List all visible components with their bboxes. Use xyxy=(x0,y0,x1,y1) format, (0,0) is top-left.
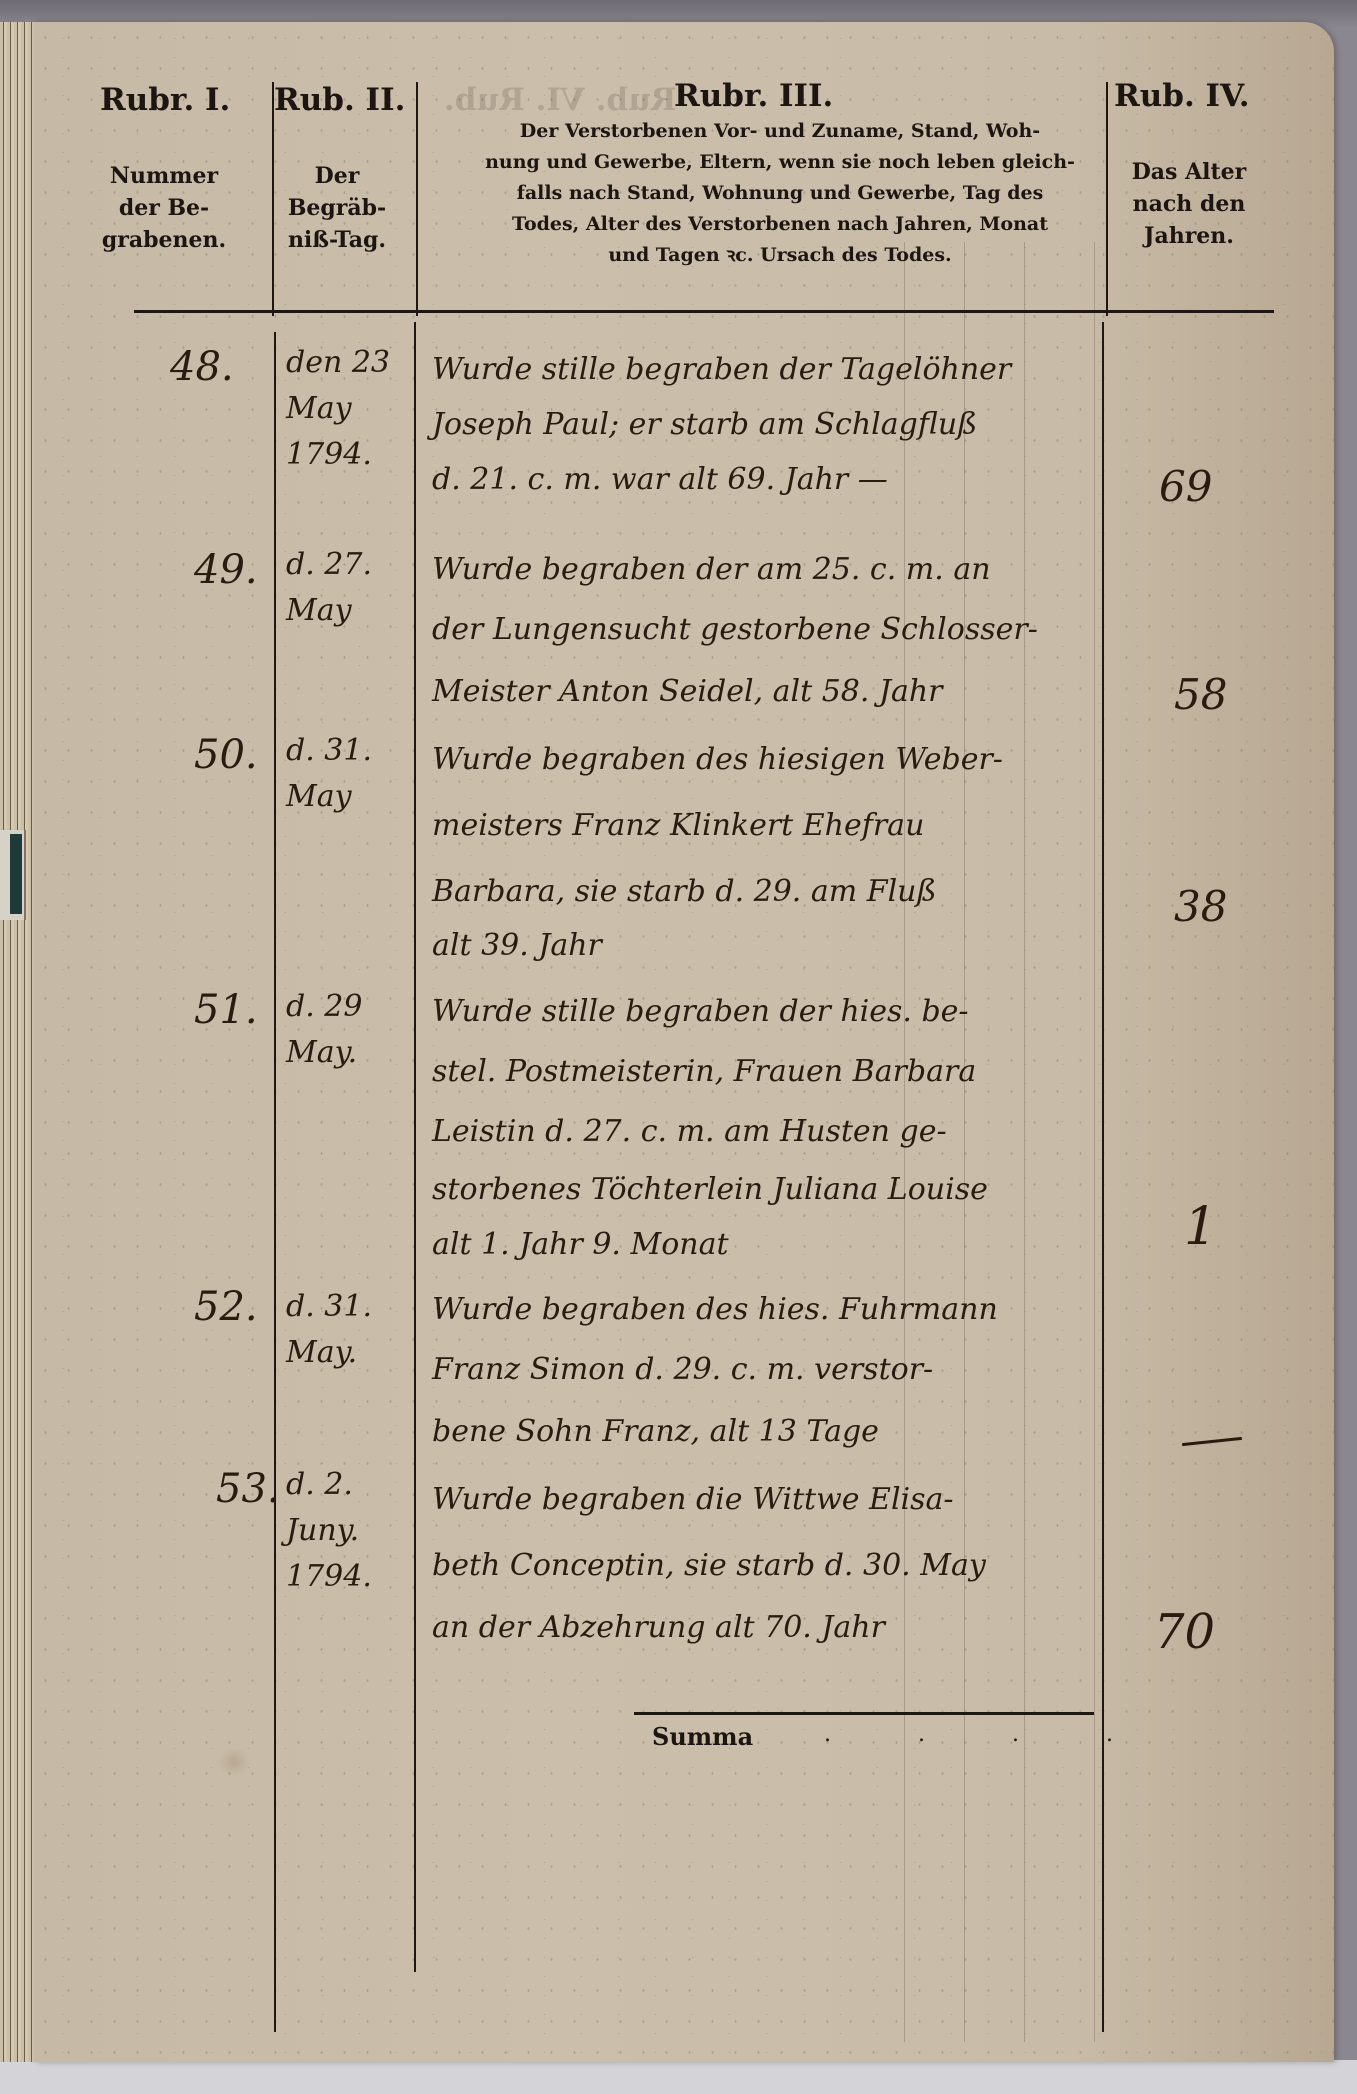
rubric-4-subtitle: Das Alter nach den Jahren. xyxy=(1114,156,1264,252)
entry-text-line: der Lungensucht gestorbene Schlosser- xyxy=(432,612,1038,647)
entry-text-line: alt 39. Jahr xyxy=(432,928,602,963)
entry-text-line: Joseph Paul; er starb am Schlagfluß xyxy=(432,407,977,442)
rubric-3-subtitle: Der Verstorbenen Vor- und Zuname, Stand,… xyxy=(420,116,1140,271)
entry-number: 50. xyxy=(194,732,258,778)
rubric-2-title: Rub. II. xyxy=(274,82,405,118)
subtitle-line: nach den xyxy=(1114,188,1264,220)
entry-text-line: Franz Simon d. 29. c. m. verstor- xyxy=(432,1352,933,1387)
date-line: May xyxy=(286,588,372,634)
entry-number: 51. xyxy=(194,987,258,1033)
date-line: d. 31. xyxy=(286,728,372,774)
entry-date: d. 31. May. xyxy=(286,1284,372,1376)
entry-text-line: Wurde begraben des hiesigen Weber- xyxy=(432,742,1003,777)
entry-text-line: Wurde stille begraben der hies. be- xyxy=(432,994,969,1029)
rubric-2-subtitle: Der Begräb- niß-Tag. xyxy=(272,160,402,256)
date-line: d. 31. xyxy=(286,1284,372,1330)
entry-text-line: Wurde stille begraben der Tagelöhner xyxy=(432,352,1011,387)
entry-age: 1 xyxy=(1184,1197,1217,1257)
subtitle-line: Jahren. xyxy=(1114,220,1264,252)
entry-age: 69 xyxy=(1159,462,1212,511)
column-divider xyxy=(1106,82,1108,316)
header-rule xyxy=(134,310,1274,313)
entry-age: 38 xyxy=(1174,882,1227,931)
subtitle-line: der Be- xyxy=(94,192,234,224)
register-page: Rub. VI. Rub. Rubr. I. Rub. II. Rubr. II… xyxy=(34,22,1334,2062)
subtitle-line: und Tagen ꝛc. Ursach des Todes. xyxy=(420,240,1140,271)
column-divider xyxy=(1102,322,1104,2032)
entry-text-line: Wurde begraben der am 25. c. m. an xyxy=(432,552,991,587)
entry-text-line: beth Conceptin, sie starb d. 30. May xyxy=(432,1548,986,1583)
entry-date: den 23 May 1794. xyxy=(286,340,390,478)
subtitle-line: Begräb- xyxy=(272,192,402,224)
subtitle-line: niß-Tag. xyxy=(272,224,402,256)
column-divider xyxy=(416,82,418,316)
date-line: d. 29 xyxy=(286,984,362,1030)
entry-text-line: Barbara, sie starb d. 29. am Fluß xyxy=(432,874,937,909)
subtitle-line: Das Alter xyxy=(1114,156,1264,188)
entry-date: d. 29 May. xyxy=(286,984,362,1076)
book-page-edges xyxy=(0,22,34,2062)
column-divider xyxy=(272,82,274,316)
subtitle-line: falls nach Stand, Wohnung und Gewerbe, T… xyxy=(420,178,1140,209)
date-line: May. xyxy=(286,1030,362,1076)
date-line: May. xyxy=(286,1330,372,1376)
entry-age: 58 xyxy=(1174,670,1227,719)
summa-label: Summa xyxy=(652,1722,753,1751)
rubric-1-title: Rubr. I. xyxy=(100,82,230,118)
entry-date: d. 31. May xyxy=(286,728,372,820)
entry-text-line: Meister Anton Seidel, alt 58. Jahr xyxy=(432,674,943,709)
subtitle-line: Der xyxy=(272,160,402,192)
entry-text-line: stel. Postmeisterin, Frauen Barbara xyxy=(432,1054,976,1089)
scan-background-bottom xyxy=(0,2060,1357,2094)
bleed-through-text: Rub. VI. Rub. xyxy=(444,82,676,118)
rubric-4-title: Rub. IV. xyxy=(1114,78,1250,114)
entry-date: d. 27. May xyxy=(286,542,372,634)
subtitle-line: grabenen. xyxy=(94,224,234,256)
rubric-1-subtitle: Nummer der Be- grabenen. xyxy=(94,160,234,256)
summa-rule xyxy=(634,1712,1094,1715)
paper-texture xyxy=(34,22,1334,2062)
entry-text-line: meisters Franz Klinkert Ehefrau xyxy=(432,808,924,843)
entry-text-line: an der Abzehrung alt 70. Jahr xyxy=(432,1610,885,1645)
entry-text-line: Wurde begraben die Wittwe Elisa- xyxy=(432,1482,954,1517)
column-divider xyxy=(414,322,416,1972)
bookmark-tab xyxy=(0,830,26,920)
entry-text-line: storbenes Töchterlein Juliana Louise xyxy=(432,1172,988,1207)
subtitle-line: Nummer xyxy=(94,160,234,192)
entry-number: 53. xyxy=(216,1466,280,1512)
date-line: 1794. xyxy=(286,432,390,478)
faint-guide-line xyxy=(964,242,965,2042)
subtitle-line: nung und Gewerbe, Eltern, wenn sie noch … xyxy=(420,147,1140,178)
summa-dots: . . . . xyxy=(824,1722,1153,1747)
entry-text-line: Wurde begraben des hies. Fuhrmann xyxy=(432,1292,998,1327)
entry-text-line: bene Sohn Franz, alt 13 Tage xyxy=(432,1414,879,1449)
subtitle-line: Todes, Alter des Verstorbenen nach Jahre… xyxy=(420,209,1140,240)
date-line: May xyxy=(286,386,390,432)
date-line: d. 2. xyxy=(286,1462,372,1508)
date-line: den 23 xyxy=(286,340,390,386)
column-divider xyxy=(274,332,276,2032)
date-line: Juny. xyxy=(286,1508,372,1554)
entry-date: d. 2. Juny. 1794. xyxy=(286,1462,372,1600)
entry-age: 70 xyxy=(1154,1604,1215,1660)
entry-text-line: d. 21. c. m. war alt 69. Jahr — xyxy=(432,462,888,497)
date-line: 1794. xyxy=(286,1554,372,1600)
faint-guide-line xyxy=(1024,242,1025,2042)
entry-text-line: Leistin d. 27. c. m. am Husten ge- xyxy=(432,1114,947,1149)
rubric-3-title: Rubr. III. xyxy=(674,78,833,114)
entry-text-line: alt 1. Jahr 9. Monat xyxy=(432,1227,729,1262)
date-line: d. 27. xyxy=(286,542,372,588)
subtitle-line: Der Verstorbenen Vor- und Zuname, Stand,… xyxy=(420,116,1140,147)
entry-number: 48. xyxy=(170,344,234,390)
date-line: May xyxy=(286,774,372,820)
entry-number: 52. xyxy=(194,1284,258,1330)
entry-number: 49. xyxy=(194,547,258,593)
faint-guide-line xyxy=(1094,242,1095,2042)
